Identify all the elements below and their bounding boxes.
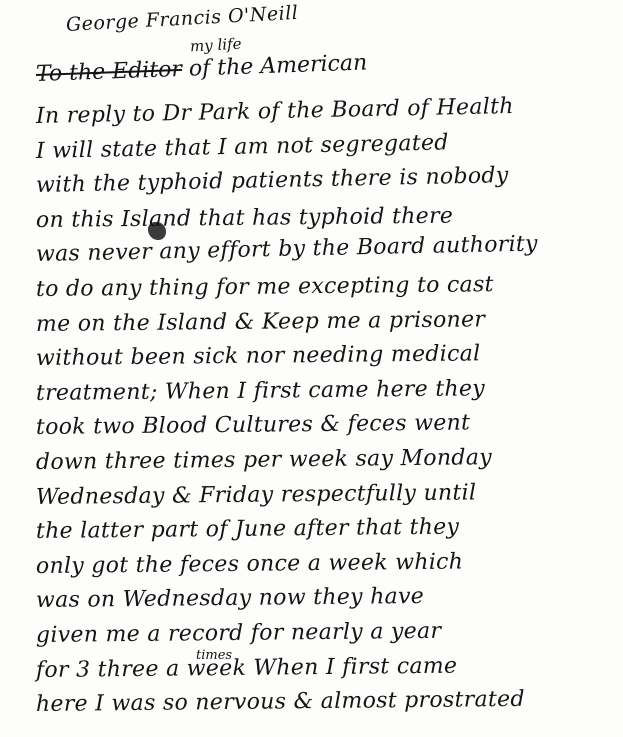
annotation-subtitle: my life — [190, 35, 242, 56]
interlinear-insertion: times — [196, 648, 232, 663]
letter-line: to do any thing for me excepting to cast — [36, 267, 596, 307]
struck-salutation: To the Editor — [36, 57, 183, 87]
letter-line: without been sick nor needing medical — [36, 336, 596, 376]
letter-body: In reply to Dr Park of the Board of Heal… — [36, 100, 596, 723]
letter-line: given me a record for nearly a year — [36, 613, 596, 653]
letter-line: down three times per week say Monday — [36, 440, 596, 480]
letter-line: took two Blood Cultures & feces went — [36, 405, 596, 445]
letter-line: the latter part of June after that they — [36, 509, 596, 549]
archival-annotation: George Francis O'Neill — [65, 2, 298, 36]
salutation: To the Editor of the American — [36, 50, 368, 87]
letter-line: was on Wednesday now they have — [36, 578, 596, 618]
letter-page: George Francis O'Neill my life To the Ed… — [0, 0, 623, 737]
salutation-text: of the American — [188, 50, 367, 81]
letter-line: here I was so nervous & almost prostrate… — [36, 682, 596, 722]
